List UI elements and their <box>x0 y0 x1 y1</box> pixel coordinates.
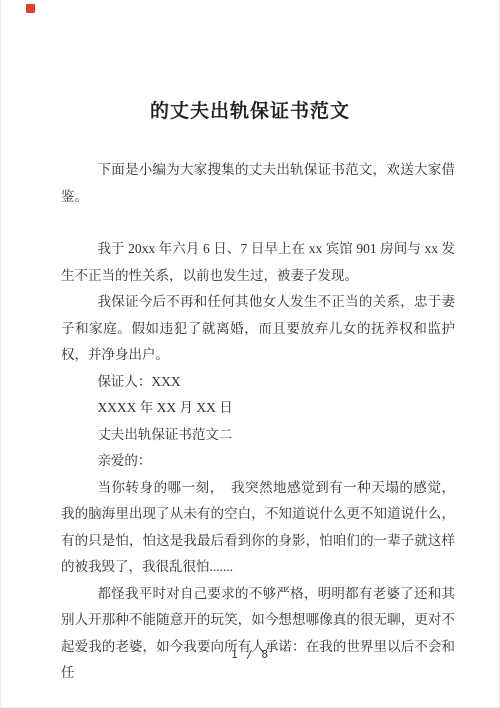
red-marker-icon <box>26 4 35 13</box>
document-page: 的丈夫出轨保证书范文 下面是小编为大家搜集的丈夫出轨保证书范文，欢送大家借鉴。 … <box>0 0 500 708</box>
page-number: 1 / 8 <box>1 648 499 661</box>
document-title: 的丈夫出轨保证书范文 <box>1 99 499 124</box>
paragraph-incident: 我于 20xx 年六月 6 日、7 日早上在 xx 宾馆 901 房间与 xx … <box>61 236 455 289</box>
paragraph-apology-2: 都怪我平时对自己要求的不够严格，明明都有老婆了还和其别人开那种不能随意开的玩笑，… <box>61 581 455 687</box>
salutation-line: 亲爱的： <box>61 448 455 475</box>
paragraph-guarantee: 我保证今后不再和任何其他女人发生不正当的关系，忠于妻子和家庭。假如违犯了就离婚，… <box>61 289 455 369</box>
guarantor-line: 保证人：XXX <box>61 369 455 396</box>
document-body: 下面是小编为大家搜集的丈夫出轨保证书范文，欢送大家借鉴。 我于 20xx 年六月… <box>61 157 455 687</box>
second-sample-title: 丈夫出轨保证书范文二 <box>61 422 455 449</box>
intro-paragraph: 下面是小编为大家搜集的丈夫出轨保证书范文，欢送大家借鉴。 <box>61 157 455 210</box>
date-line: XXXX 年 XX 月 XX 日 <box>61 395 455 422</box>
paragraph-apology-1: 当你转身的哪一刻， 我突然地感觉到有一种天塌的感觉，我的脑海里出现了从未有的空白… <box>61 475 455 581</box>
